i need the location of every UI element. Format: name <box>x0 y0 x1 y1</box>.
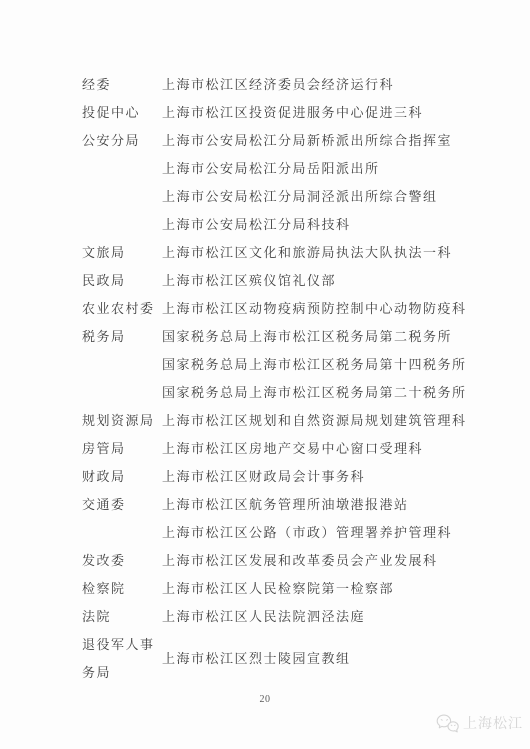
department-label-column: 检察院 <box>82 575 162 603</box>
department-label: 经委 <box>82 71 162 99</box>
directory-row: 发改委 上海市松江区发展和改革委员会产业发展科 <box>82 547 510 575</box>
department-label-column: 税务局 <box>82 323 162 351</box>
entry-line: 上海市松江区规划和自然资源局规划建筑管理科 <box>162 407 510 435</box>
entry-line: 上海市松江区人民法院泗泾法庭 <box>162 603 510 631</box>
entry-line: 上海市公安局松江分局新桥派出所综合指挥室 <box>162 127 510 155</box>
department-entries: 上海市松江区人民检察院第一检察部 <box>162 575 510 603</box>
directory-list: 经委 上海市松江区经济委员会经济运行科 投促中心 上海市松江区投资促进服务中心促… <box>82 71 510 687</box>
department-entries: 上海市松江区航务管理所油墩港报港站上海市松江区公路（市政）管理署养护管理科 <box>162 491 510 547</box>
department-entries: 上海市松江区殡仪馆礼仪部 <box>162 267 510 295</box>
department-label-column: 法院 <box>82 603 162 631</box>
entry-line: 上海市松江区公路（市政）管理署养护管理科 <box>162 519 510 547</box>
department-label: 税务局 <box>82 323 162 351</box>
department-label-column: 经委 <box>82 71 162 99</box>
department-label: 规划资源局 <box>82 407 162 435</box>
wechat-logo-icon <box>436 714 459 733</box>
department-label-column: 文旅局 <box>82 239 162 267</box>
department-label-column: 房管局 <box>82 435 162 463</box>
department-label-column: 发改委 <box>82 547 162 575</box>
watermark: 上海松江 <box>436 713 523 733</box>
entry-line: 上海市松江区发展和改革委员会产业发展科 <box>162 547 510 575</box>
entry-line: 上海市公安局松江分局洞泾派出所综合警组 <box>162 183 510 211</box>
department-label: 农业农村委 <box>82 295 162 323</box>
entry-line: 上海市松江区航务管理所油墩港报港站 <box>162 491 510 519</box>
department-entries: 上海市松江区文化和旅游局执法大队执法一科 <box>162 239 510 267</box>
directory-row: 税务局 国家税务总局上海市松江区税务局第二税务所国家税务总局上海市松江区税务局第… <box>82 323 510 407</box>
directory-row: 房管局 上海市松江区房地产交易中心窗口受理科 <box>82 435 510 463</box>
department-entries: 上海市松江区人民法院泗泾法庭 <box>162 603 510 631</box>
entry-line: 上海市松江区文化和旅游局执法大队执法一科 <box>162 239 510 267</box>
department-label-column: 交通委 <box>82 491 162 519</box>
entry-line: 上海市公安局松江分局岳阳派出所 <box>162 155 510 183</box>
department-label: 法院 <box>82 603 162 631</box>
directory-row: 民政局 上海市松江区殡仪馆礼仪部 <box>82 267 510 295</box>
department-label-column: 民政局 <box>82 267 162 295</box>
entry-line: 上海市松江区投资促进服务中心促进三科 <box>162 99 510 127</box>
department-label: 公安分局 <box>82 127 162 155</box>
directory-row: 投促中心 上海市松江区投资促进服务中心促进三科 <box>82 99 510 127</box>
directory-row: 检察院 上海市松江区人民检察院第一检察部 <box>82 575 510 603</box>
entry-line: 上海市松江区房地产交易中心窗口受理科 <box>162 435 510 463</box>
department-entries: 上海市松江区经济委员会经济运行科 <box>162 71 510 99</box>
directory-row: 规划资源局 上海市松江区规划和自然资源局规划建筑管理科 <box>82 407 510 435</box>
department-label-column: 公安分局 <box>82 127 162 155</box>
page-number: 20 <box>0 694 530 705</box>
department-label: 文旅局 <box>82 239 162 267</box>
department-label-column: 投促中心 <box>82 99 162 127</box>
entry-line: 国家税务总局上海市松江区税务局第十四税务所 <box>162 351 510 379</box>
department-label-column: 农业农村委 <box>82 295 162 323</box>
directory-row: 法院 上海市松江区人民法院泗泾法庭 <box>82 603 510 631</box>
department-entries: 上海市松江区发展和改革委员会产业发展科 <box>162 547 510 575</box>
entry-line: 上海市公安局松江分局科技科 <box>162 211 510 239</box>
department-label: 发改委 <box>82 547 162 575</box>
department-label: 房管局 <box>82 435 162 463</box>
entry-line: 国家税务总局上海市松江区税务局第二税务所 <box>162 323 510 351</box>
entry-line: 国家税务总局上海市松江区税务局第二十税务所 <box>162 379 510 407</box>
department-label: 交通委 <box>82 491 162 519</box>
department-entries: 国家税务总局上海市松江区税务局第二税务所国家税务总局上海市松江区税务局第十四税务… <box>162 323 510 407</box>
department-label: 检察院 <box>82 575 162 603</box>
directory-row: 文旅局 上海市松江区文化和旅游局执法大队执法一科 <box>82 239 510 267</box>
department-entries: 上海市松江区烈士陵园宣教组 <box>162 645 510 673</box>
department-label: 财政局 <box>82 463 162 491</box>
department-entries: 上海市松江区房地产交易中心窗口受理科 <box>162 435 510 463</box>
directory-row: 交通委 上海市松江区航务管理所油墩港报港站上海市松江区公路（市政）管理署养护管理… <box>82 491 510 547</box>
department-label-column: 规划资源局 <box>82 407 162 435</box>
directory-row: 农业农村委 上海市松江区动物疫病预防控制中心动物防疫科 <box>82 295 510 323</box>
entry-line: 上海市松江区经济委员会经济运行科 <box>162 71 510 99</box>
entry-line: 上海市松江区人民检察院第一检察部 <box>162 575 510 603</box>
entry-line: 上海市松江区烈士陵园宣教组 <box>162 645 510 673</box>
department-entries: 上海市松江区投资促进服务中心促进三科 <box>162 99 510 127</box>
entry-line: 上海市松江区动物疫病预防控制中心动物防疫科 <box>162 295 510 323</box>
department-label-column: 退役军人事务局 <box>82 631 162 687</box>
department-label: 退役军人事务局 <box>82 631 162 687</box>
document-page: 经委 上海市松江区经济委员会经济运行科 投促中心 上海市松江区投资促进服务中心促… <box>0 0 530 749</box>
department-label-column: 财政局 <box>82 463 162 491</box>
department-label: 投促中心 <box>82 99 162 127</box>
directory-row: 经委 上海市松江区经济委员会经济运行科 <box>82 71 510 99</box>
directory-row: 公安分局 上海市公安局松江分局新桥派出所综合指挥室上海市公安局松江分局岳阳派出所… <box>82 127 510 239</box>
watermark-text: 上海松江 <box>463 713 523 733</box>
directory-row: 退役军人事务局 上海市松江区烈士陵园宣教组 <box>82 631 510 687</box>
department-entries: 上海市松江区财政局会计事务科 <box>162 463 510 491</box>
directory-row: 财政局 上海市松江区财政局会计事务科 <box>82 463 510 491</box>
department-entries: 上海市松江区规划和自然资源局规划建筑管理科 <box>162 407 510 435</box>
department-entries: 上海市公安局松江分局新桥派出所综合指挥室上海市公安局松江分局岳阳派出所上海市公安… <box>162 127 510 239</box>
entry-line: 上海市松江区财政局会计事务科 <box>162 463 510 491</box>
department-label: 民政局 <box>82 267 162 295</box>
department-entries: 上海市松江区动物疫病预防控制中心动物防疫科 <box>162 295 510 323</box>
entry-line: 上海市松江区殡仪馆礼仪部 <box>162 267 510 295</box>
